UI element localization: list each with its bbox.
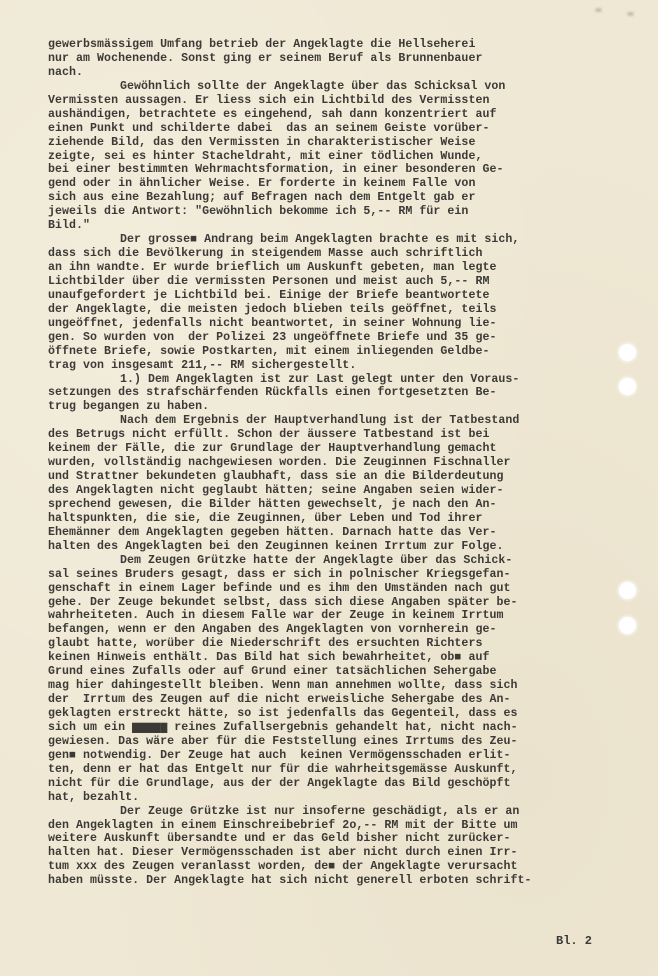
text-line: halten des Angeklagten bei den Zeuginnen… — [48, 540, 648, 554]
text-line: sich aus eine Bezahlung; auf Befragen na… — [48, 191, 648, 205]
text-line: ten, denn er hat das Entgelt nur für die… — [48, 763, 648, 777]
text-line: Dem Zeugen Grützke hatte der Angeklagte … — [48, 554, 648, 568]
text-line: keinem der Fälle, die zur Grundlage der … — [48, 442, 648, 456]
text-line: Der grosse■ Andrang beim Angeklagten bra… — [48, 233, 648, 247]
text-line: gend oder in ähnlicher Weise. Er fordert… — [48, 177, 648, 191]
text-line: des Betrugs nicht erfüllt. Schon der äus… — [48, 428, 648, 442]
page-number: Bl. 2 — [556, 934, 592, 948]
document-body-text: gewerbsmässigem Umfang betrieb der Angek… — [48, 38, 648, 888]
paragraph: gewerbsmässigem Umfang betrieb der Angek… — [48, 38, 648, 80]
text-line: sal seines Bruders gesagt, dass er sich … — [48, 568, 648, 582]
paragraph: Dem Zeugen Grützke hatte der Angeklagte … — [48, 554, 648, 805]
text-line: jeweils die Antwort: "Gewöhnlich bekomme… — [48, 205, 648, 219]
text-line: und Strattner bekundeten glaubhaft, dass… — [48, 470, 648, 484]
text-line: Nach dem Ergebnis der Hauptverhandlung i… — [48, 414, 648, 428]
paragraph: Der Zeuge Grützke ist nur insoferne gesc… — [48, 805, 648, 889]
text-line: wahrheiteten. Auch in diesem Falle war d… — [48, 609, 648, 623]
text-line: Ehemänner dem Angeklagten gegeben hätten… — [48, 526, 648, 540]
text-line: haltspunkten, die sie, die Zeuginnen, üb… — [48, 512, 648, 526]
text-line: Bild." — [48, 219, 648, 233]
text-line: Vermissten aussagen. Er liess sich ein L… — [48, 94, 648, 108]
text-line: gehe. Der Zeuge bekundet selbst, dass si… — [48, 596, 648, 610]
text-line: glaubt hatte, worüber die Niederschrift … — [48, 637, 648, 651]
text-line: aushändigen, betrachtete es eingehend, s… — [48, 108, 648, 122]
text-line: sprechend gewesen, die Bilder hätten gew… — [48, 498, 648, 512]
text-line: trug begangen zu haben. — [48, 400, 648, 414]
text-line: geklagten erstreckt hätte, so ist jedenf… — [48, 707, 648, 721]
text-line: Gewöhnlich sollte der Angeklagte über da… — [48, 80, 648, 94]
text-line: tum xxx des Zeugen veranlasst worden, de… — [48, 860, 648, 874]
punch-hole — [619, 344, 636, 361]
text-line: befangen, wenn er den Angaben des Angekl… — [48, 623, 648, 637]
text-line: nur am Wochenende. Sonst ging er seinem … — [48, 52, 648, 66]
text-line: trag von insgesamt 211,-- RM sichergeste… — [48, 359, 648, 373]
text-line: einen Punkt und schilderte dabei das an … — [48, 122, 648, 136]
text-line: setzungen des strafschärfenden Rückfalls… — [48, 386, 648, 400]
punch-hole — [619, 378, 636, 395]
text-line: zeigte, sei es hinter Stacheldraht, mit … — [48, 150, 648, 164]
text-line: an ihn wandte. Er wurde brieflich um Aus… — [48, 261, 648, 275]
text-line: nach. — [48, 66, 648, 80]
ink-smudge — [595, 8, 602, 12]
text-line: mag hier dahingestellt bleiben. Wenn man… — [48, 679, 648, 693]
document-page: gewerbsmässigem Umfang betrieb der Angek… — [0, 0, 658, 976]
text-line: hat, bezahlt. — [48, 791, 648, 805]
text-line: gen■ notwendig. Der Zeuge hat auch keine… — [48, 749, 648, 763]
text-line: genschaft in einem Lager befinde und es … — [48, 582, 648, 596]
ink-smudge — [627, 12, 634, 16]
punch-hole — [619, 617, 636, 634]
text-line: haben müsste. Der Angeklagte hat sich ni… — [48, 874, 648, 888]
text-line: halten hat. Dieser Vermögensschaden ist … — [48, 846, 648, 860]
text-line: ziehende Bild, das den Vermissten in cha… — [48, 136, 648, 150]
paragraph: Gewöhnlich sollte der Angeklagte über da… — [48, 80, 648, 233]
text-line: ungeöffnet, jedenfalls nicht beantwortet… — [48, 317, 648, 331]
text-line: wurden, vollständig nachgewiesen worden.… — [48, 456, 648, 470]
text-line: öffnete Briefe, sowie Postkarten, mit ei… — [48, 345, 648, 359]
punch-hole — [619, 582, 636, 599]
paragraph: 1.) Dem Angeklagten ist zur Last gelegt … — [48, 373, 648, 415]
text-line: des Angeklagten nicht geglaubt hätten; s… — [48, 484, 648, 498]
text-line: Lichtbilder über die vermissten Personen… — [48, 275, 648, 289]
text-line: 1.) Dem Angeklagten ist zur Last gelegt … — [48, 373, 648, 387]
text-line: gewerbsmässigem Umfang betrieb der Angek… — [48, 38, 648, 52]
text-line: dass sich die Bevölkerung in steigendem … — [48, 247, 648, 261]
text-line: keinen Hinweis enthält. Das Bild hat sic… — [48, 651, 648, 665]
text-line: bei einer bestimmten Wehrmachtsformation… — [48, 163, 648, 177]
text-line: nicht für die Grundlage, aus der der Ang… — [48, 777, 648, 791]
text-line: weitere Auskunft übersandte und er das G… — [48, 832, 648, 846]
text-line: der Angeklagte, die meisten jedoch blieb… — [48, 303, 648, 317]
text-line: unaufgefordert je Lichtbild bei. Einige … — [48, 289, 648, 303]
text-line: den Angeklagten in einem Einschreibebrie… — [48, 819, 648, 833]
paragraph: Nach dem Ergebnis der Hauptverhandlung i… — [48, 414, 648, 553]
text-line: sich um ein ▆▆▆▆▆ reines Zufallsergebnis… — [48, 721, 648, 735]
text-line: Grund eines Zufalls oder auf Grund einer… — [48, 665, 648, 679]
paragraph: Der grosse■ Andrang beim Angeklagten bra… — [48, 233, 648, 372]
text-line: gewiesen. Das wäre aber für die Feststel… — [48, 735, 648, 749]
text-line: der Irrtum des Zeugen auf die nicht erwe… — [48, 693, 648, 707]
text-line: Der Zeuge Grützke ist nur insoferne gesc… — [48, 805, 648, 819]
text-line: gen. So wurden von der Polizei 23 ungeöf… — [48, 331, 648, 345]
